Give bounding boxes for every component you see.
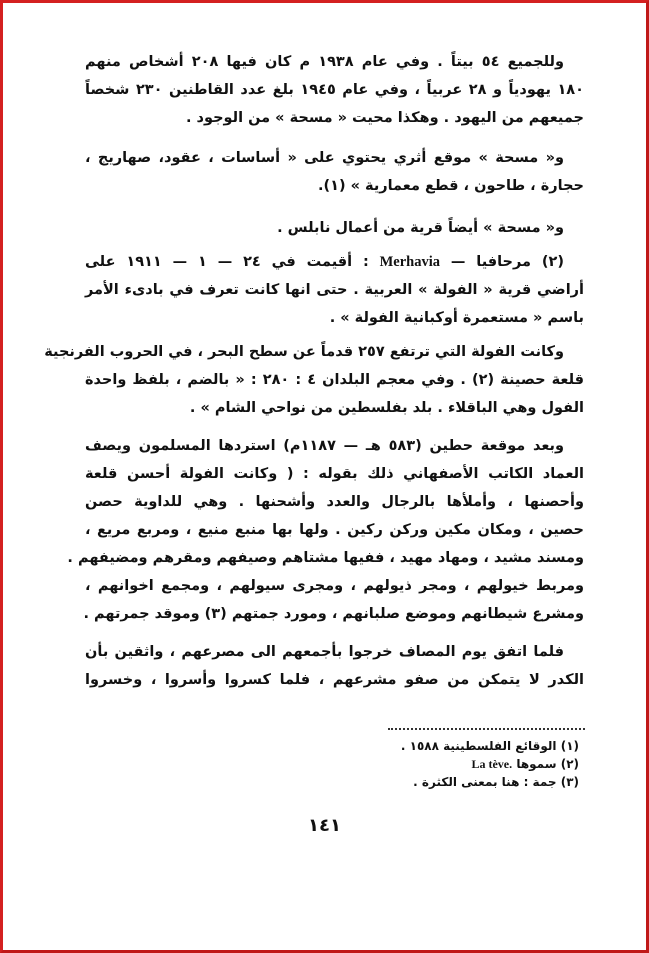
text-line: ومربط خيولهم ، ومجر ذيولهم ، ومجرى سيوله…: [85, 574, 584, 598]
text-line: و« مسحة » أيضاً قرية من أعمال نابلس .: [85, 216, 564, 240]
text-line: العماد الكاتب الأصفهاني ذلك بقوله : ( وك…: [85, 462, 584, 486]
footnote-2-arabic: (٢) سموها: [512, 757, 579, 771]
text-line: الفول وهي الباقلاء . بلد بفلسطين من نواح…: [85, 396, 584, 420]
text-line: وكانت الفولة التي ترتفع ٢٥٧ قدماً عن سطح…: [85, 340, 564, 364]
heading-arabic-start: (٢) مرحافيا —: [440, 254, 564, 270]
text-line: فلما اتفق يوم المصاف خرجوا بأجمعهم الى م…: [85, 640, 564, 664]
heading-latin-name: Merhavia: [380, 254, 440, 270]
text-line: قلعة حصينة (٢) . وفي معجم البلدان ٤ : ٢٨…: [85, 368, 584, 392]
footnote-3: (٣) جمة : هنا بمعنى الكثرة .: [413, 774, 579, 790]
page-number: ١٤١: [0, 815, 649, 836]
text-line: حجارة ، طاحون ، قطع معمارية » (١).: [85, 174, 584, 198]
text-line: وأحصنها ، وأملأها بالرجال والعدد وأشحنها…: [85, 490, 584, 514]
text-line: وللجميع ٥٤ بيتاً . وفي عام ١٩٣٨ م كان في…: [85, 50, 564, 74]
text-line: ومسند مشيد ، ومهاد مهيد ، ففيها مشتاهم و…: [85, 546, 584, 570]
footnote-2: (٢) سموها La tève.: [471, 756, 579, 772]
text-line: و« مسحة » موقع أثري يحتوي على « أساسات ،…: [85, 146, 564, 170]
text-line: ومشرع شيطانهم وموضع صلبانهم ، ومورد جمته…: [85, 602, 584, 626]
footnote-1: (١) الوقائع الفلسطينية ١٥٨٨ .: [401, 738, 579, 754]
heading-arabic-end: : أقيمت في ٢٤ — ١ — ١٩١١ على: [85, 254, 380, 270]
text-line: أراضي قرية « الفولة » العربية . حتى انها…: [85, 278, 584, 302]
text-line: الكدر لا يتمكن من صفو مشرعهم ، فلما كسرو…: [85, 668, 584, 692]
footnote-separator: [388, 728, 585, 730]
text-line: ١٨٠ يهودياً و ٢٨ عربياً ، وفي عام ١٩٤٥ ب…: [85, 78, 584, 102]
book-page: وللجميع ٥٤ بيتاً . وفي عام ١٩٣٨ م كان في…: [0, 0, 649, 953]
text-line: باسم « مستعمرة أوكبانية الفولة » .: [85, 306, 584, 330]
footnote-2-latin: La tève.: [471, 757, 512, 771]
text-line-heading: (٢) مرحافيا — Merhavia : أقيمت في ٢٤ — ١…: [85, 250, 564, 274]
text-line: وبعد موقعة حطين (٥٨٣ هـ — ١١٨٧م) استردها…: [85, 434, 564, 458]
text-line: جميعهم من اليهود . وهكذا محيت « مسحة » م…: [85, 106, 584, 130]
text-line: حصين ، ومكان مكين وركن ركين . ولها بها م…: [85, 518, 584, 542]
